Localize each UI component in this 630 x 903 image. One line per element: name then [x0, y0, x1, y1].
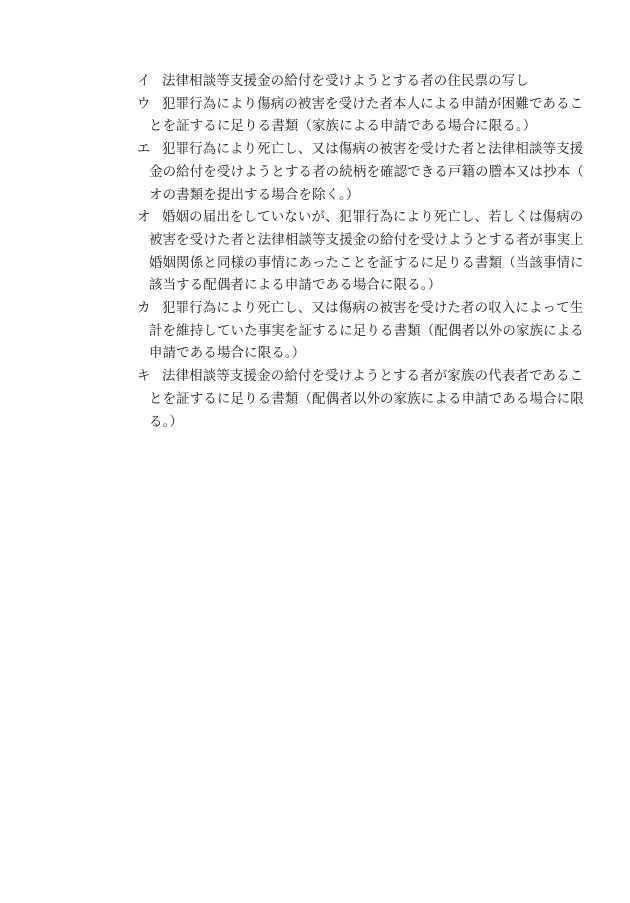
list-item-o: オ 婚姻の届出をしていないが、犯罪行為により死亡し、若しくは傷病の 被害を受けた… — [137, 207, 561, 298]
item-text: 法律相談等支援金の給付を受けようとする者の住民票の写し — [162, 71, 529, 94]
item-label: オ — [137, 207, 162, 230]
item-label: ウ — [137, 94, 162, 117]
list-item-e: エ 犯罪行為により死亡し、又は傷病の被害を受けた者と法律相談等支援 金の給付を受… — [137, 139, 561, 207]
item-text: 犯罪行為により傷病の被害を受けた者本人による申請が困難であるこ — [162, 94, 583, 117]
item-text-continuation: 計を維持していた事実を証するに足りる書類（配偶者以外の家族による — [137, 321, 561, 344]
list-item-ki: キ 法律相談等支援金の給付を受けようとする者が家族の代表者であるこ とを証するに… — [137, 366, 561, 434]
item-text-continuation: 該当する配偶者による申請である場合に限る。） — [137, 275, 561, 298]
item-text: 婚姻の届出をしていないが、犯罪行為により死亡し、若しくは傷病の — [162, 207, 583, 230]
item-text-continuation: 申請である場合に限る。） — [137, 343, 561, 366]
item-text-continuation: 被害を受けた者と法律相談等支援金の給付を受けようとする者が事実上 — [137, 230, 561, 253]
item-label: キ — [137, 366, 162, 389]
item-text-continuation: とを証するに足りる書類（家族による申請である場合に限る。） — [137, 116, 561, 139]
item-text: 法律相談等支援金の給付を受けようとする者が家族の代表者であるこ — [162, 366, 583, 389]
item-text-continuation: とを証するに足りる書類（配偶者以外の家族による申請である場合に限 — [137, 389, 561, 412]
item-text: 犯罪行為により死亡し、又は傷病の被害を受けた者と法律相談等支援 — [162, 139, 583, 162]
item-text-continuation: 金の給付を受けようとする者の続柄を確認できる戸籍の謄本又は抄本（ — [137, 162, 561, 185]
item-text-continuation: る。） — [137, 412, 561, 435]
item-text-continuation: オの書類を提出する場合を除く。） — [137, 185, 561, 208]
item-text-continuation: 婚姻関係と同様の事情にあったことを証するに足りる書類（当該事情に — [137, 253, 561, 276]
document-body: イ 法律相談等支援金の給付を受けようとする者の住民票の写し ウ 犯罪行為により傷… — [137, 71, 561, 434]
item-label: カ — [137, 298, 162, 321]
item-text: 犯罪行為により死亡し、又は傷病の被害を受けた者の収入によって生 — [162, 298, 583, 321]
item-label: イ — [137, 71, 162, 94]
list-item-ka: カ 犯罪行為により死亡し、又は傷病の被害を受けた者の収入によって生 計を維持して… — [137, 298, 561, 366]
list-item-i: イ 法律相談等支援金の給付を受けようとする者の住民票の写し — [137, 71, 561, 94]
item-label: エ — [137, 139, 162, 162]
list-item-u: ウ 犯罪行為により傷病の被害を受けた者本人による申請が困難であるこ とを証するに… — [137, 94, 561, 139]
